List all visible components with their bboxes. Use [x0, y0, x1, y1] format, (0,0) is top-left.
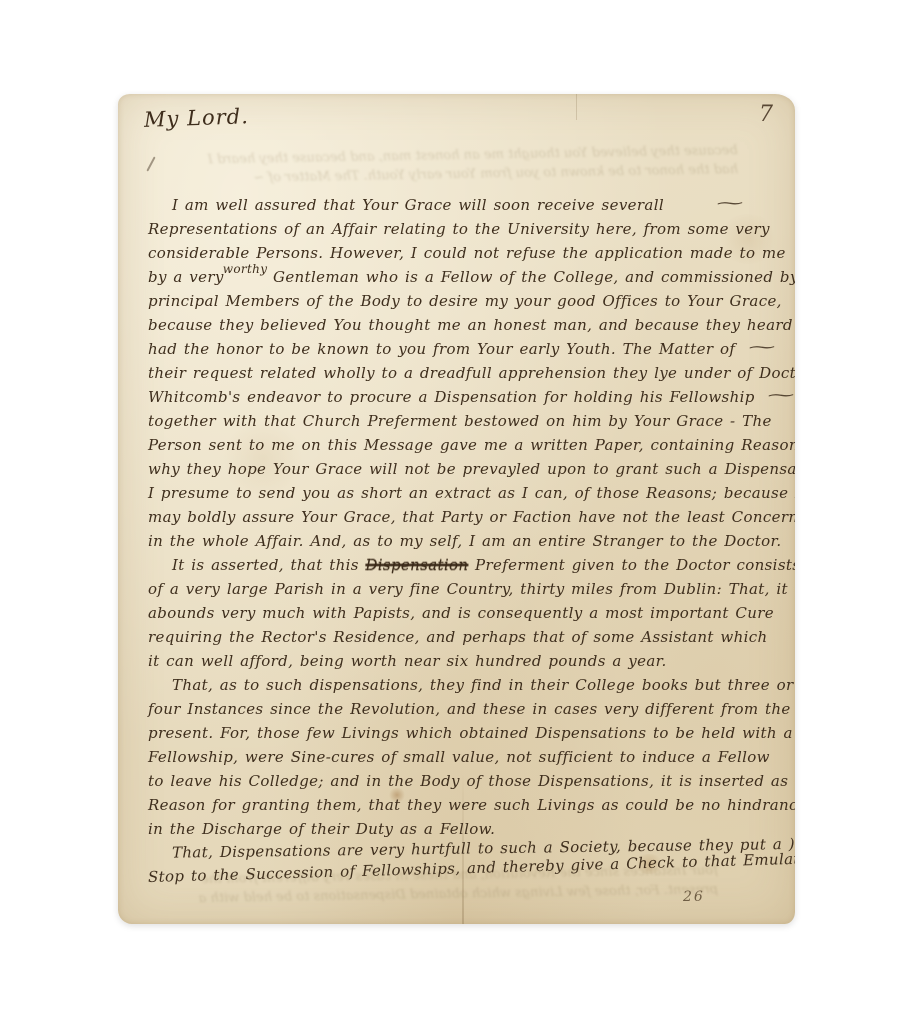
manuscript-line: Reason for granting them, that they were…	[148, 793, 793, 817]
stray-ink-mark	[146, 156, 155, 171]
manuscript-line: in the whole Affair. And, as to my self,…	[148, 529, 793, 553]
manuscript-line: may boldly assure Your Grace, that Party…	[148, 505, 793, 529]
manuscript-line: four Instances since the Revolution, and…	[148, 697, 793, 721]
folio-number: 7	[759, 102, 773, 127]
manuscript-line: I presume to send you as short an extrac…	[148, 481, 793, 505]
manuscript-line: That, as to such dispensations, they fin…	[148, 673, 793, 697]
pen-flourish: ∼	[765, 383, 795, 407]
interlinear-insertion: worthy	[223, 257, 268, 281]
salutation: My Lord.	[144, 104, 250, 132]
manuscript-line: requiring the Rector's Residence, and pe…	[148, 625, 793, 649]
manuscript-line: to leave his Colledge; and in the Body o…	[148, 769, 793, 793]
manuscript-line: abounds very much with Papists, and is c…	[148, 601, 793, 625]
manuscript-line: I am well assured that Your Grace will s…	[148, 193, 793, 217]
manuscript-line: why they hope Your Grace will not be pre…	[148, 457, 793, 481]
manuscript-line: together with that Church Preferment bes…	[148, 409, 793, 433]
ghost-top: because they believed You thought me an …	[178, 141, 739, 197]
manuscript-page: My Lord. 7 because they believed You tho…	[118, 94, 795, 924]
manuscript-line: Person sent to me on this Message gave m…	[148, 433, 793, 457]
manuscript-line: principal Members of the Body to desire …	[148, 289, 793, 313]
letter-body: I am well assured that Your Grace will s…	[148, 193, 793, 889]
fold-crease	[576, 94, 577, 120]
photo-background: My Lord. 7 because they believed You tho…	[0, 0, 910, 1024]
manuscript-line: of a very large Parish in a very fine Co…	[148, 577, 793, 601]
manuscript-line: because they believed You thought me an …	[148, 313, 793, 337]
manuscript-line: Fellowship, were Sine-cures of small val…	[148, 745, 793, 769]
manuscript-line: Whitcomb's endeavor to procure a Dispens…	[148, 385, 793, 409]
manuscript-line: had the honor to be known to you from Yo…	[148, 337, 793, 361]
pen-flourish: ∼	[714, 191, 748, 215]
manuscript-line: present. For, those few Livings which ob…	[148, 721, 793, 745]
manuscript-line: Representations of an Affair relating to…	[148, 217, 793, 241]
manuscript-line: It is asserted, that this Dispensation P…	[148, 553, 793, 577]
manuscript-line: by a veryworthy Gentleman who is a Fello…	[148, 265, 793, 289]
pencil-page-number: 26	[683, 889, 705, 905]
crossed-out-word: Dispensation	[365, 556, 468, 574]
pen-flourish: ∼	[746, 335, 780, 359]
manuscript-line: their request related wholly to a dreadf…	[148, 361, 793, 385]
manuscript-line: it can well afford, being worth near six…	[148, 649, 793, 673]
